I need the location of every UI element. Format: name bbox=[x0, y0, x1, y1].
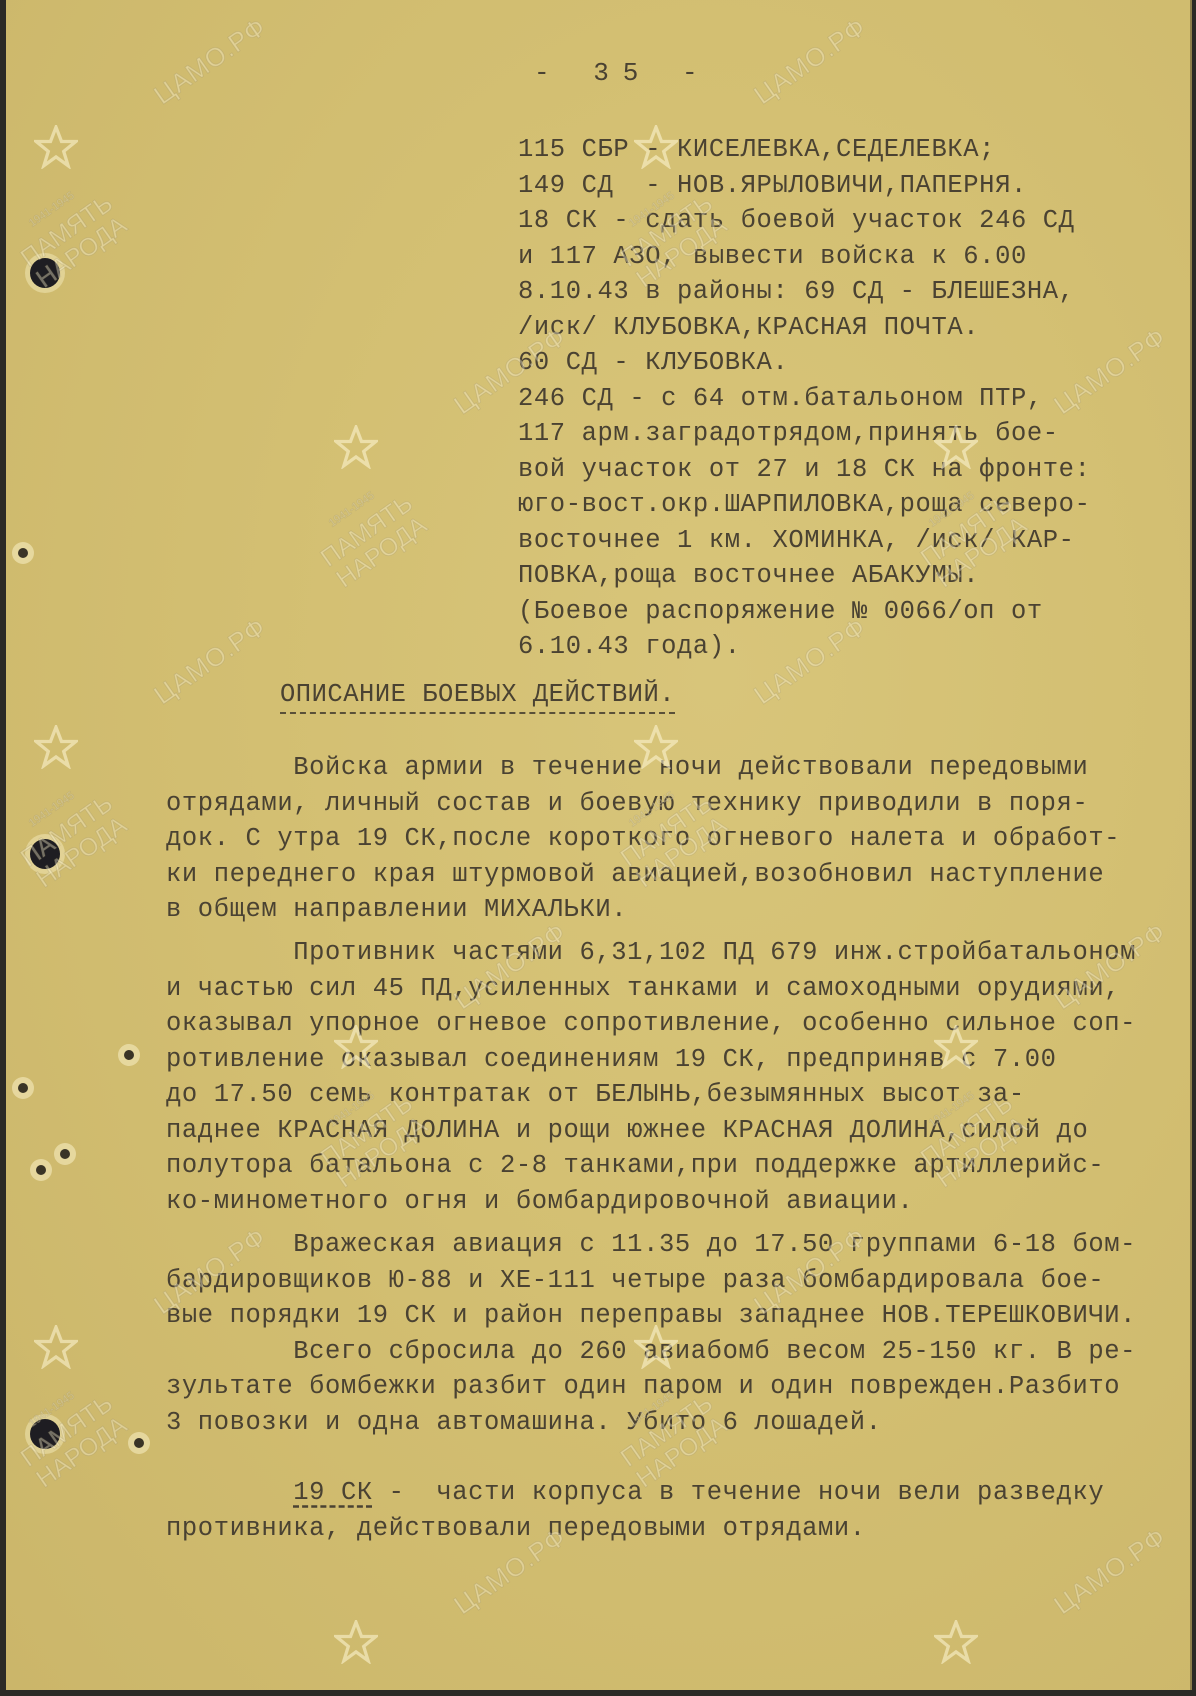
pin-hole bbox=[36, 1165, 46, 1175]
corps-continuation: противника, действовали передовыми отряд… bbox=[166, 1514, 866, 1543]
star-icon bbox=[334, 425, 378, 469]
corps-first-line: - части корпуса в течение ночи вели разв… bbox=[373, 1478, 1105, 1507]
star-icon bbox=[334, 1620, 378, 1664]
watermark-camo: ЦАМО.РФ bbox=[148, 11, 272, 111]
pin-hole bbox=[134, 1438, 144, 1448]
pin-hole bbox=[60, 1149, 70, 1159]
paragraph-enemy-aviation: Вражеская авиация с 11.35 до 17.50 групп… bbox=[166, 1227, 1136, 1440]
punch-hole-top bbox=[30, 258, 60, 288]
section-heading: ОПИСАНИЕ БОЕВЫХ ДЕЙСТВИЙ. bbox=[280, 680, 675, 714]
corps-label: 19 СК bbox=[293, 1478, 373, 1507]
punch-hole-bottom bbox=[30, 1419, 60, 1449]
star-icon bbox=[934, 1620, 978, 1664]
pin-hole bbox=[124, 1050, 134, 1060]
paragraph-army-actions: Войска армии в течение ночи действовали … bbox=[166, 750, 1120, 928]
page-number: - 35 - bbox=[534, 58, 712, 88]
watermark-camo: ЦАМО.РФ bbox=[748, 11, 872, 111]
star-icon bbox=[34, 725, 78, 769]
document-page: - 35 - 115 СБР - КИСЕЛЕВКА,СЕДЕЛЕВКА; 14… bbox=[6, 0, 1192, 1690]
paragraph-enemy-resistance: Противник частями 6,31,102 ПД 679 инж.ст… bbox=[166, 935, 1136, 1219]
pin-hole bbox=[18, 548, 28, 558]
star-icon bbox=[34, 125, 78, 169]
dispositions-block: 115 СБР - КИСЕЛЕВКА,СЕДЕЛЕВКА; 149 СД - … bbox=[518, 132, 1091, 665]
watermark-camo: ЦАМО.РФ bbox=[148, 611, 272, 711]
star-icon bbox=[34, 1325, 78, 1369]
punch-hole-middle bbox=[30, 839, 60, 869]
pin-hole bbox=[18, 1083, 28, 1093]
paragraph-19-corps: 19 СК - части корпуса в течение ночи вел… bbox=[166, 1475, 1104, 1546]
